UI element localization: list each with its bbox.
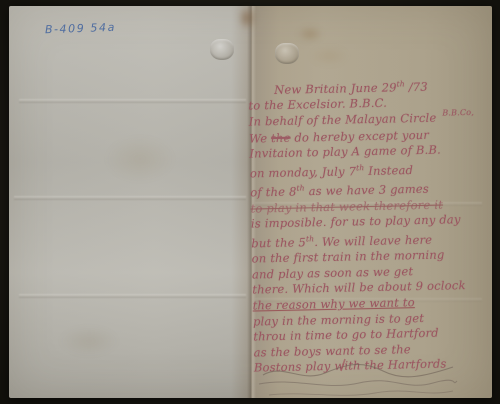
paper-stain (105, 136, 175, 182)
archival-annotation: B-409 54a (45, 21, 116, 36)
letter-text-segment: on the first train in the morning (252, 248, 445, 266)
letter-text-segment: th (396, 79, 404, 88)
letter-text-segment: Invitaion to play A game of B.B. (249, 143, 441, 161)
letter-text-segment: In behalf of the Malayan Circle (249, 111, 437, 129)
letter-body: New Britain June 29th /73to the Excelsio… (248, 74, 498, 376)
letter-text-segment: throu in time to go to Hartford (253, 326, 439, 344)
letter-text-segment: Instead (364, 163, 413, 178)
letter-text-segment: . We will leave here (314, 232, 432, 248)
letter-text-segment: do hereby except your (290, 127, 429, 144)
letter-text-segment: B.B.Co, (442, 108, 474, 118)
letter-text-segment: We (249, 131, 271, 145)
embossed-seal-icon (210, 39, 234, 60)
letter-text-segment: the (271, 130, 291, 144)
signature-flourish-icon (255, 357, 460, 401)
letter-text-segment: and play as soon as we get (252, 264, 414, 281)
left-page (9, 6, 251, 398)
letter-text-segment: th (356, 163, 364, 172)
paper-stain (238, 6, 256, 30)
letter-paper: B-409 54a New Britain June 29th /73to th… (9, 6, 492, 398)
letter-text-segment: of the 8 (250, 185, 297, 200)
paper-stain (297, 26, 323, 42)
letter-text-segment: on monday, July 7 (250, 164, 357, 180)
fold-crease (19, 294, 246, 298)
embossed-seal-icon (275, 43, 299, 64)
letter-text-segment: the reason why we want to (253, 295, 415, 312)
paper-stain (59, 326, 119, 356)
letter-text-segment: to the Excelsior. B.B.C. (248, 96, 387, 113)
letter-text-segment: th (306, 234, 314, 243)
letter-text-segment: /73 (405, 80, 428, 94)
letter-text-segment: as we have 3 games (305, 182, 429, 199)
letter-text-segment: but the 5 (251, 235, 306, 250)
letter-text-segment: to play in that week therefore it (250, 197, 443, 215)
letter-text-segment: th (296, 184, 304, 193)
paper-stain (309, 46, 349, 66)
letter-text-segment: play in the morning is to get (253, 311, 424, 329)
letter-text-segment: New Britain June 29 (274, 80, 397, 97)
fold-crease (19, 99, 246, 103)
fold-crease (14, 196, 246, 200)
